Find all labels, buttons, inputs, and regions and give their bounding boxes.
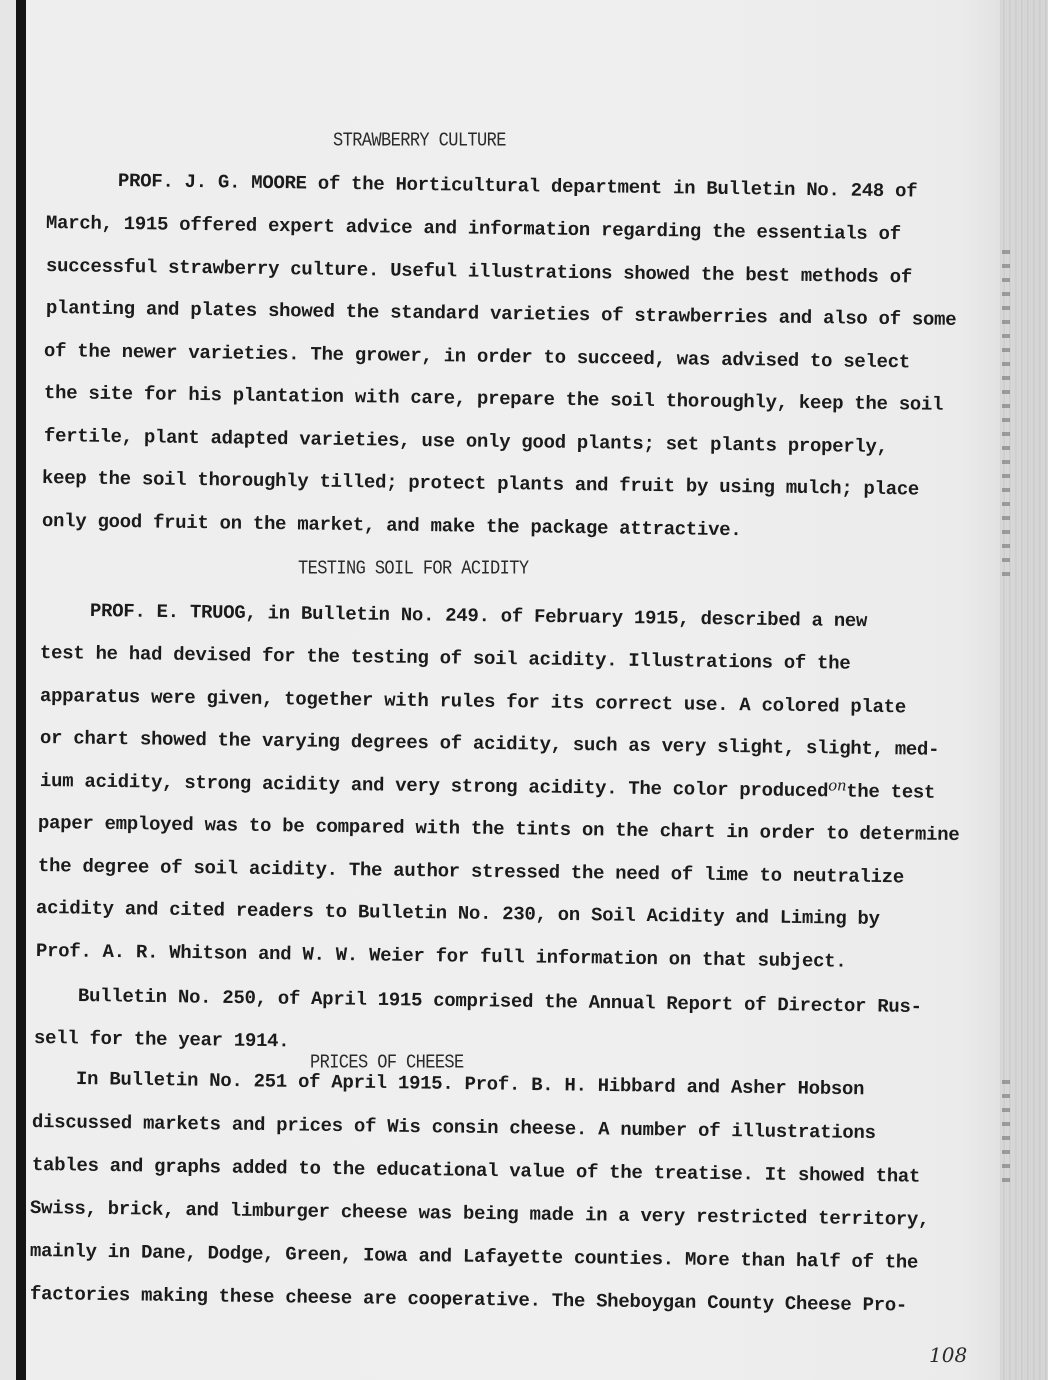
paragraph-line: factories making these cheese are cooper… [30, 1283, 907, 1316]
paragraph-line: apparatus were given, together with rule… [40, 685, 906, 718]
paragraph-line: keep the soil thoroughly tilled; protect… [42, 467, 919, 500]
paragraph-line: only good fruit on the market, and make … [42, 510, 742, 541]
document-body: STRAWBERRY CULTURE PROF. J. G. MOORE of … [0, 0, 1000, 1380]
paragraph-line: or chart showed the varying degrees of a… [40, 727, 939, 761]
paragraph-line: sell for the year 1914. [34, 1027, 290, 1052]
paragraph-line: successful strawberry culture. Useful il… [46, 255, 912, 288]
paragraph-line: March, 1915 offered expert advice and in… [46, 212, 901, 245]
line-text-tail: the test [846, 781, 935, 804]
handwritten-insertion: on [828, 776, 846, 794]
paragraph-line: paper employed was to be compared with t… [38, 812, 960, 846]
paragraph-line: of the newer varieties. The grower, in o… [44, 340, 910, 373]
paragraph-line: Bulletin No. 250, of April 1915 comprise… [78, 985, 922, 1018]
paragraph-line: the site for his plantation with care, p… [44, 382, 943, 416]
line-text: ium acidity, strong acidity and very str… [40, 770, 828, 802]
paragraph-line: the degree of soil acidity. The author s… [38, 855, 904, 888]
paragraph-line: acidity and cited readers to Bulletin No… [36, 897, 880, 930]
paragraph-line: PROF. E. TRUOG, in Bulletin No. 249. of … [90, 600, 867, 632]
paragraph-line: ium acidity, strong acidity and very str… [40, 770, 935, 804]
paragraph-line: planting and plates showed the standard … [46, 297, 957, 331]
paragraph-line: fertile, plant adapted varieties, use on… [44, 425, 888, 458]
paragraph-line: In Bulletin No. 251 of April 1915. Prof.… [76, 1068, 864, 1100]
handwritten-page-number: 108 [929, 1343, 967, 1367]
scanned-page: STRAWBERRY CULTURE PROF. J. G. MOORE of … [0, 0, 1048, 1380]
paragraph-line: Prof. A. R. Whitson and W. W. Weier for … [36, 940, 847, 973]
paragraph-line: test he had devised for the testing of s… [40, 642, 851, 675]
paragraph-line: PROF. J. G. MOORE of the Horticultural d… [118, 170, 918, 202]
bleed-through-marks [1002, 1080, 1010, 1190]
paragraph-line: Swiss, brick, and limburger cheese was b… [30, 1197, 929, 1231]
paragraph-line: mainly in Dane, Dodge, Green, Iowa and L… [30, 1240, 918, 1274]
section-heading-strawberry: STRAWBERRY CULTURE [333, 131, 506, 153]
paragraph-line: tables and graphs added to the education… [32, 1154, 920, 1188]
bleed-through-marks [1002, 250, 1010, 580]
section-heading-soil-acidity: TESTING SOIL FOR ACIDITY [298, 559, 528, 581]
paragraph-line: discussed markets and prices of Wis cons… [32, 1111, 876, 1144]
